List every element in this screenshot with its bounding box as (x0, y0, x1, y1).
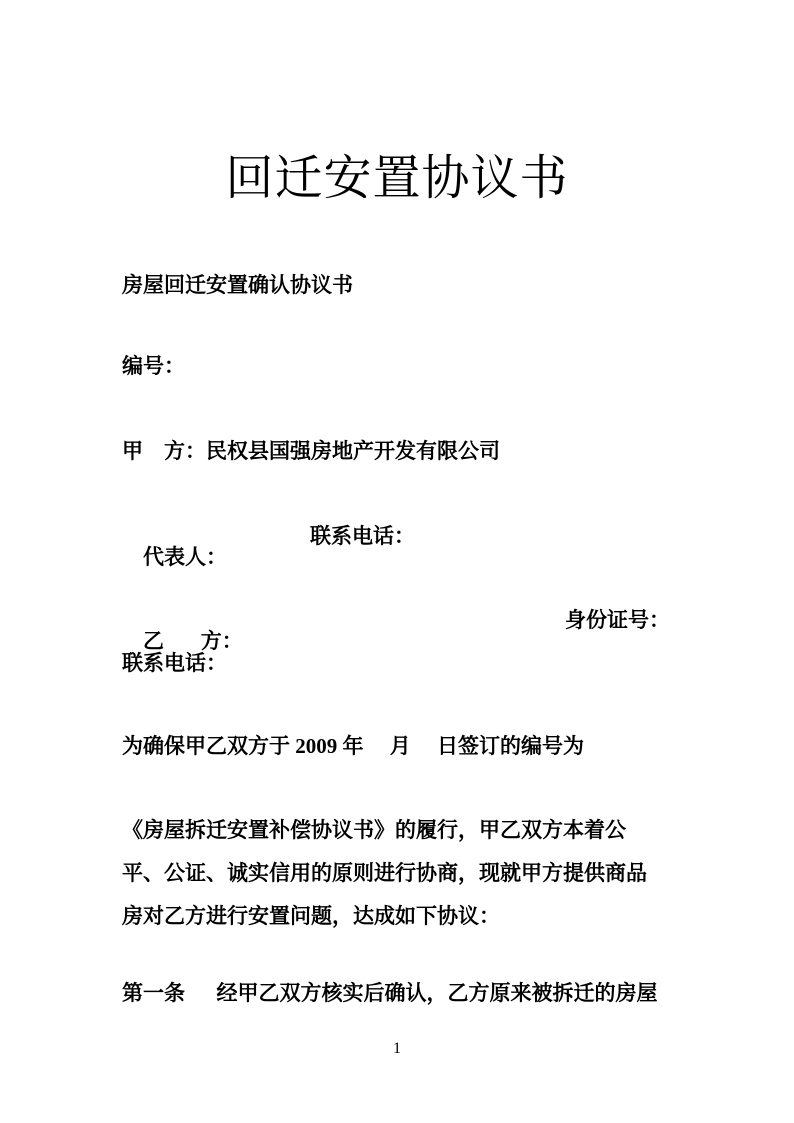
document-subtitle: 房屋回迁安置确认协议书 (122, 275, 682, 296)
date-line: 为确保甲乙双方于 2009 年 月 日签订的编号为 (122, 736, 682, 757)
document-page: 回迁安置协议书 房屋回迁安置确认协议书 编号： 甲 方：民权县国强房地产开发有限… (0, 0, 794, 1123)
representative-phone-label: 联系电话： (310, 526, 415, 547)
number-label: 编号： (122, 356, 682, 377)
representative-label: 代表人： (143, 545, 227, 569)
party-b-phone-label: 联系电话： (122, 653, 682, 674)
clause-1-line: 第一条 经甲乙双方核实后确认，乙方原来被拆迁的房屋 (122, 983, 682, 1004)
body-paragraph-line-2: 平、公证、诚实信用的原则进行协商，现就甲方提供商品 (122, 863, 682, 884)
party-a-line: 甲 方：民权县国强房地产开发有限公司 (122, 441, 682, 462)
body-paragraph-line-3: 房对乙方进行安置问题，达成如下协议： (122, 906, 682, 927)
page-number: 1 (0, 1040, 794, 1058)
document-title: 回迁安置协议书 (0, 139, 794, 208)
party-b-label: 乙 方： (143, 629, 243, 653)
representative-line: 代表人： 联系电话： (122, 526, 682, 610)
id-number-label: 身份证号： (565, 610, 670, 631)
body-paragraph-line-1: 《房屋拆迁安置补偿协议书》的履行，甲乙双方本着公 (122, 820, 682, 841)
